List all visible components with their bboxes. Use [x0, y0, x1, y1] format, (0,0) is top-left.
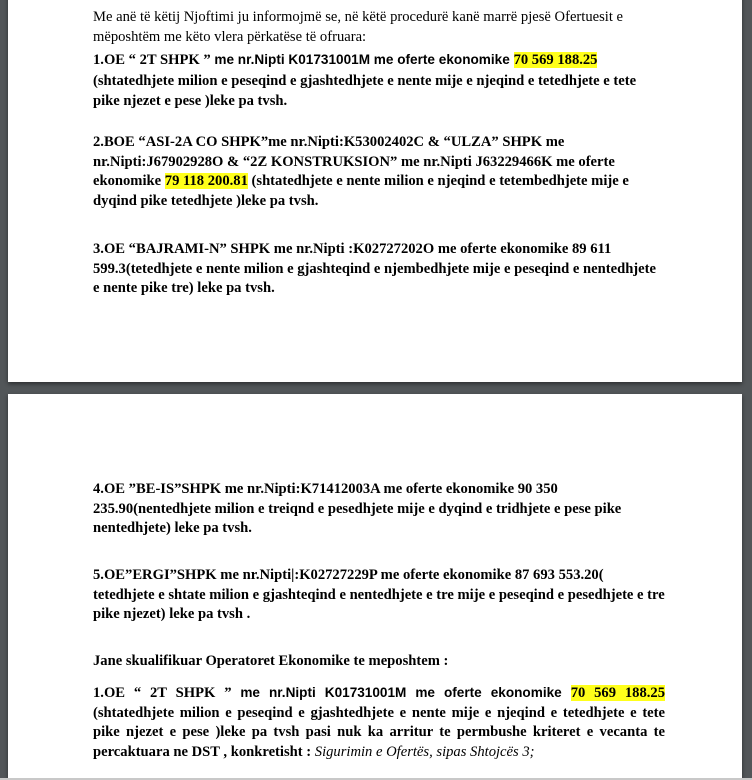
offer-5-text: 5.OE”ERGI”SHPK me nr.Nipti|:K02727229P m…	[93, 567, 665, 622]
intro-line-2: mëposhtëm me këto vlera përkatëse të ofr…	[93, 29, 366, 45]
offer-4: 4.OE ”BE-IS”SHPK me nr.Nipti:K71412003A …	[93, 480, 665, 539]
offer-1-bidder: 1.OE “ 2T SHPK ”	[93, 52, 214, 68]
offer-2: 2.BOE “ASI-2A CO SHPK”me nr.Nipti:K53002…	[93, 133, 665, 211]
document-page-1: Me anë të këtij Njoftimi ju informojmë s…	[8, 0, 742, 382]
disqualified-1-amount: 70 569 188.25	[571, 685, 665, 701]
offer-1-amount-words: (shtatedhjete milion e peseqind e gjasht…	[93, 73, 636, 110]
intro-paragraph: Me anë të këtij Njoftimi ju informojmë s…	[93, 8, 665, 47]
offer-1: 1.OE “ 2T SHPK ” me nr.Nipti K01731001M …	[93, 50, 665, 112]
disqualified-1-reason-detail: Sigurimin e Ofertës, sipas Shtojcës 3;	[315, 744, 535, 760]
offer-2-amount: 79 118 200.81	[165, 173, 248, 189]
offer-3: 3.OE “BAJRAMI-N” SHPK me nr.Nipti :K0272…	[93, 240, 665, 299]
disqualified-heading: Jane skualifikuar Operatoret Ekonomike t…	[93, 652, 665, 672]
offer-3-text: 3.OE “BAJRAMI-N” SHPK me nr.Nipti :K0272…	[93, 241, 656, 296]
intro-line-1: Me anë të këtij Njoftimi ju informojmë s…	[93, 9, 623, 25]
disqualified-1: 1.OE “ 2T SHPK ” me nr.Nipti K01731001M …	[93, 683, 665, 762]
offer-1-nipt: me nr.Nipti K01731001M me oferte ekonomi…	[214, 52, 513, 67]
offer-4-text: 4.OE ”BE-IS”SHPK me nr.Nipti:K71412003A …	[93, 481, 621, 536]
offer-5: 5.OE”ERGI”SHPK me nr.Nipti|:K02727229P m…	[93, 566, 665, 625]
disqualified-1-bidder: 1.OE “ 2T SHPK ”	[93, 685, 240, 701]
disqualified-1-nipt: me nr.Nipti K01731001M me oferte ekonomi…	[240, 685, 570, 700]
document-page-2: 4.OE ”BE-IS”SHPK me nr.Nipti:K71412003A …	[8, 394, 742, 778]
offer-1-amount: 70 569 188.25	[514, 52, 598, 68]
